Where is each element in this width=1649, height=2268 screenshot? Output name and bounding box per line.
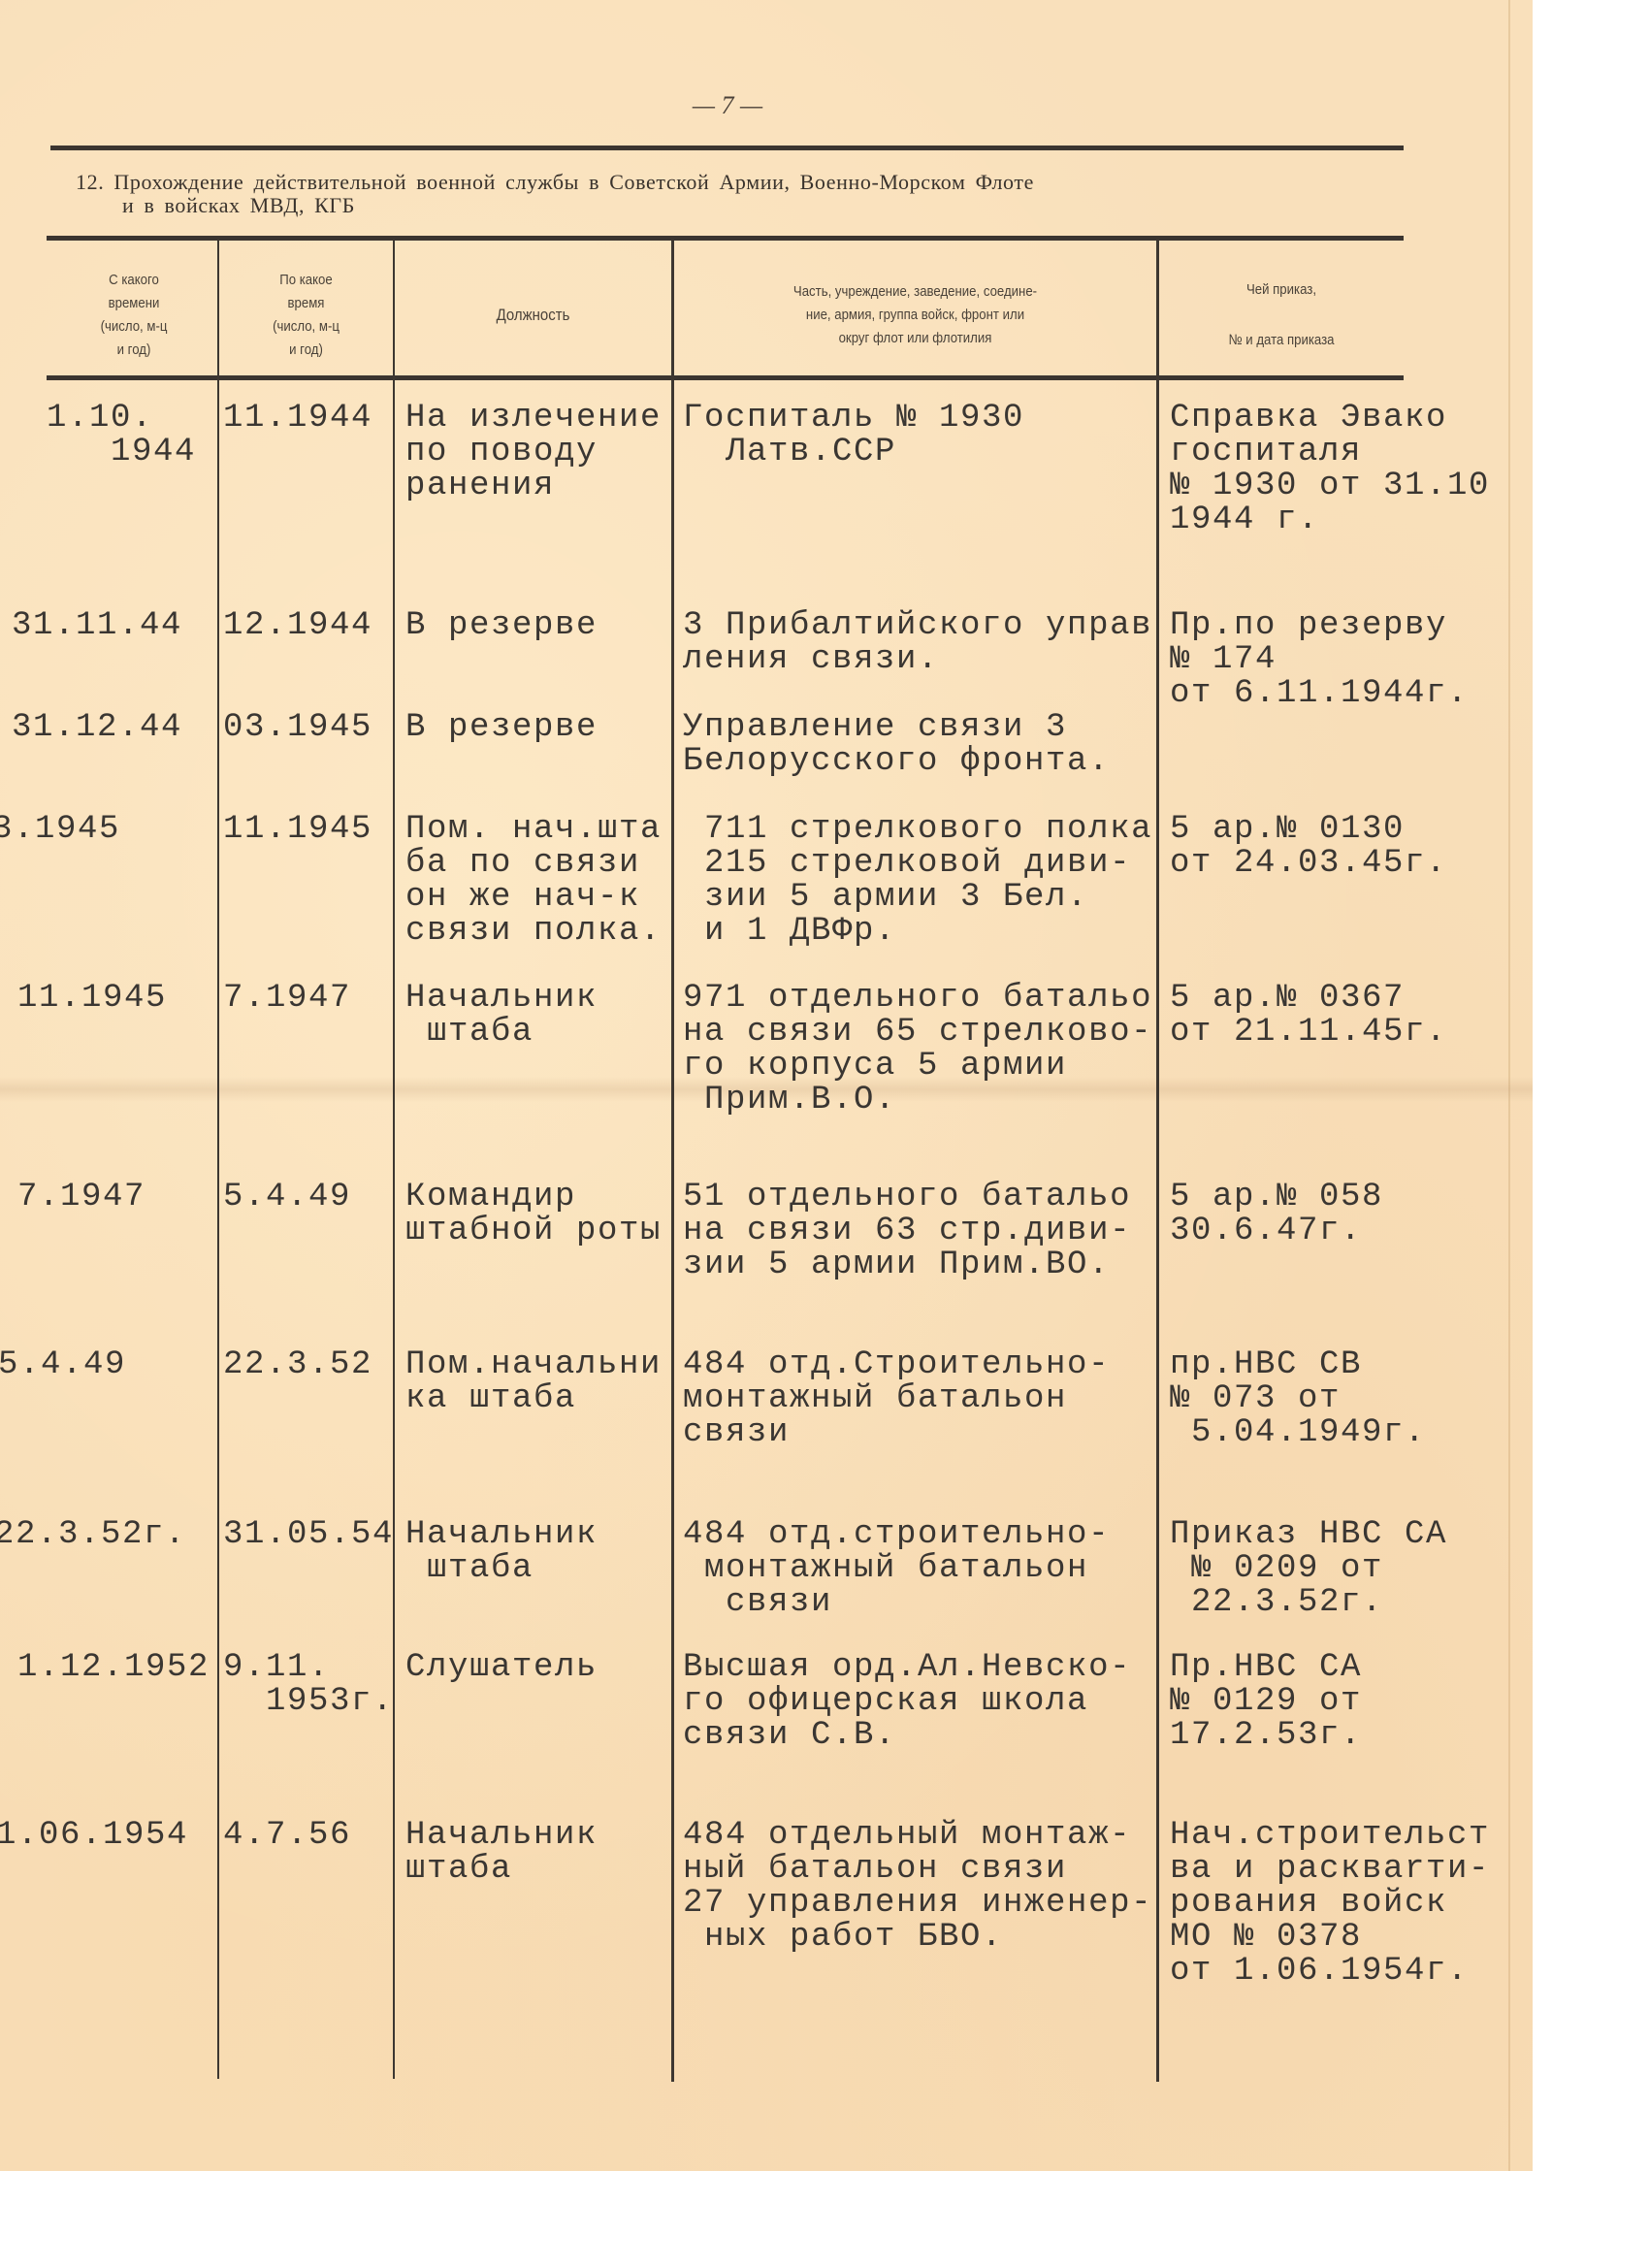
cell-line: № 1930 от 31.10: [1170, 470, 1490, 503]
cell-order: Пр.НВС СА№ 0129 от17.2.53г.: [1170, 1651, 1362, 1753]
cell-line: Латв.ССР: [683, 436, 1024, 470]
cell-line: ранения: [405, 470, 662, 503]
cell-to: 9.11. 1953г.: [223, 1651, 394, 1719]
header-text: По какое: [273, 269, 339, 292]
cell-line: 5.4.49: [223, 1181, 351, 1215]
cell-position: Пом.начальника штаба: [405, 1348, 662, 1416]
cell-position: Слушатель: [405, 1651, 598, 1685]
cell-line: 11.1944: [223, 402, 372, 436]
cell-line: 1944 г.: [1170, 503, 1490, 537]
cell-line: 5.04.1949г.: [1170, 1416, 1426, 1450]
cell-unit: 711 стрелкового полка 215 стрелковой див…: [683, 813, 1152, 949]
cell-line: Пом.начальни: [405, 1348, 662, 1382]
cell-line: 1953г.: [223, 1685, 394, 1719]
header-text: и год): [101, 339, 168, 362]
cell-to: 4.7.56: [223, 1819, 351, 1853]
cell-line: на связи 63 стр.диви-: [683, 1215, 1131, 1248]
cell-line: 17.2.53г.: [1170, 1719, 1362, 1753]
cell-line: ления связи.: [683, 643, 1152, 677]
document-page: — 7 — 12. Прохождение действительной вое…: [0, 0, 1533, 2171]
cell-line: 484 отд.Строительно-: [683, 1348, 1110, 1382]
cell-line: от 1.06.1954г.: [1170, 1955, 1490, 1989]
cell-unit: 51 отдельного батальона связи 63 стр.див…: [683, 1181, 1131, 1282]
header-text: № и дата приказа: [1228, 328, 1334, 353]
top-rule: [50, 146, 1404, 150]
cell-line: № 073 от: [1170, 1382, 1426, 1416]
cell-line: 51 отдельного батальо: [683, 1181, 1131, 1215]
cell-line: от 21.11.45г.: [1170, 1016, 1447, 1050]
cell-line: Начальник: [405, 982, 598, 1016]
cell-line: 1.12.1952: [17, 1651, 210, 1685]
cell-line: 31.11.44: [12, 609, 182, 643]
cell-from: 1.10. 1944: [47, 402, 196, 470]
cell-line: Пом. нач.шта: [405, 813, 662, 847]
cell-order: 5 ар.№ 0367от 21.11.45г.: [1170, 982, 1447, 1050]
cell-line: связи: [683, 1586, 1110, 1620]
cell-line: рования войск: [1170, 1887, 1490, 1921]
cell-line: 711 стрелкового полка: [683, 813, 1152, 847]
cell-line: 9.11.: [223, 1651, 394, 1685]
cell-from: 7.1947: [17, 1181, 145, 1215]
cell-position: В резерве: [405, 711, 598, 745]
cell-line: На излечение: [405, 402, 662, 436]
cell-line: от 24.03.45г.: [1170, 847, 1447, 881]
cell-from: 31.12.44: [12, 711, 182, 745]
cell-from: 31.11.44: [12, 609, 182, 643]
cell-line: МО № 0378: [1170, 1921, 1490, 1955]
cell-line: Командир: [405, 1181, 662, 1215]
cell-unit: 484 отд.Строительно-монтажный батальонсв…: [683, 1348, 1110, 1450]
cell-line: 3 Прибалтийского управ: [683, 609, 1152, 643]
cell-line: 22.3.52: [223, 1348, 372, 1382]
cell-to: 12.1944: [223, 609, 372, 643]
cell-line: зии 5 армии 3 Бел.: [683, 881, 1152, 915]
cell-line: связи полка.: [405, 915, 662, 949]
cell-line: В резерве: [405, 711, 598, 745]
cell-line: Слушатель: [405, 1651, 598, 1685]
cell-line: и 1 ДВФр.: [683, 915, 1152, 949]
cell-unit: 3 Прибалтийского управления связи.: [683, 609, 1152, 677]
header-to-date: По какое время (число, м-ц и год): [230, 254, 383, 375]
section-title: 12. Прохождение действительной военной с…: [76, 171, 1414, 217]
cell-line: связи: [683, 1416, 1110, 1450]
cell-order: Нач.строительства и расквarти-рования во…: [1170, 1819, 1490, 1989]
cell-order: 5 ар.№ 05830.6.47г.: [1170, 1181, 1383, 1248]
cell-line: 12.1944: [223, 609, 372, 643]
cell-line: штаба: [405, 1016, 598, 1050]
cell-from: 5.4.49: [0, 1348, 126, 1382]
cell-line: Справка Эвако: [1170, 402, 1490, 436]
column-divider-4: [1156, 241, 1159, 2082]
cell-line: зии 5 армии Прим.ВО.: [683, 1248, 1131, 1282]
header-text: ние, армия, группа войск, фронт или: [793, 304, 1037, 327]
cell-line: 22.3.52г.: [1170, 1586, 1447, 1620]
cell-from: 22.3.52г.: [0, 1518, 186, 1552]
cell-line: 1.06.1954: [0, 1819, 188, 1853]
cell-line: монтажный батальон: [683, 1552, 1110, 1586]
cell-line: 484 отдельный монтаж-: [683, 1819, 1152, 1853]
cell-line: по поводу: [405, 436, 662, 470]
cell-line: Пр.НВС СА: [1170, 1651, 1362, 1685]
cell-line: монтажный батальон: [683, 1382, 1110, 1416]
cell-position: В резерве: [405, 609, 598, 643]
cell-order: Справка Эвакогоспиталя№ 1930 от 31.10194…: [1170, 402, 1490, 537]
cell-from: 11.1945: [17, 982, 167, 1016]
cell-line: штаба: [405, 1853, 598, 1887]
cell-line: ба по связи: [405, 847, 662, 881]
header-unit: Часть, учреждение, заведение, соедине- н…: [703, 254, 1127, 375]
header-order: Чей приказ, № и дата приказа: [1174, 254, 1389, 375]
cell-line: № 0129 от: [1170, 1685, 1362, 1719]
cell-line: 215 стрелковой диви-: [683, 847, 1152, 881]
cell-line: 484 отд.строительно-: [683, 1518, 1110, 1552]
cell-line: Белорусского фронта.: [683, 745, 1110, 779]
column-divider-3: [671, 241, 674, 2082]
header-text: (число, м-ц: [273, 315, 339, 339]
cell-position: Начальникштаба: [405, 1819, 598, 1887]
header-text: Чей приказ,: [1228, 277, 1334, 303]
cell-line: он же нач-к: [405, 881, 662, 915]
cell-line: 27 управления инженер-: [683, 1887, 1152, 1921]
cell-position: Начальник штаба: [405, 1518, 598, 1586]
cell-order: Пр.по резерву№ 174от 6.11.1944г.: [1170, 609, 1469, 711]
cell-line: ный батальон связи: [683, 1853, 1152, 1887]
header-text: Часть, учреждение, заведение, соедине-: [793, 280, 1037, 304]
cell-from: 3.1945: [0, 813, 120, 847]
cell-line: 1.10.: [47, 402, 196, 436]
cell-line: го корпуса 5 армии: [683, 1050, 1152, 1084]
cell-to: 11.1945: [223, 813, 372, 847]
cell-to: 11.1944: [223, 402, 372, 436]
cell-line: пр.НВС СВ: [1170, 1348, 1426, 1382]
cell-to: 22.3.52: [223, 1348, 372, 1382]
cell-line: Госпиталь № 1930: [683, 402, 1024, 436]
section-title-line1: 12. Прохождение действительной военной с…: [76, 170, 1034, 194]
column-divider-2: [393, 241, 395, 2079]
cell-line: от 6.11.1944г.: [1170, 677, 1469, 711]
cell-line: 3.1945: [0, 813, 120, 847]
cell-line: Начальник: [405, 1518, 598, 1552]
header-bottom-rule: [47, 375, 1404, 380]
cell-line: 971 отдельного батальо: [683, 982, 1152, 1016]
section-title-line2: и в войсках МВД, КГБ: [76, 194, 1414, 217]
header-top-rule: [47, 236, 1404, 241]
cell-to: 7.1947: [223, 982, 351, 1016]
cell-line: 31.12.44: [12, 711, 182, 745]
cell-position: Начальник штаба: [405, 982, 598, 1050]
cell-line: штаба: [405, 1552, 598, 1586]
cell-unit: 971 отдельного батальона связи 65 стрелк…: [683, 982, 1152, 1118]
cell-order: Приказ НВС СА № 0209 от 22.3.52г.: [1170, 1518, 1447, 1620]
cell-to: 5.4.49: [223, 1181, 351, 1215]
cell-line: 7.1947: [223, 982, 351, 1016]
cell-line: 5 ар.№ 0367: [1170, 982, 1447, 1016]
header-text: Должность: [497, 304, 570, 327]
cell-unit: 484 отдельный монтаж-ный батальон связи2…: [683, 1819, 1152, 1955]
column-divider-1: [217, 241, 219, 2079]
cell-line: 5 ар.№ 058: [1170, 1181, 1383, 1215]
cell-line: Прим.В.О.: [683, 1084, 1152, 1118]
cell-line: связи С.В.: [683, 1719, 1131, 1753]
cell-line: ных работ БВО.: [683, 1921, 1152, 1955]
header-from-date: С какого времени (число, м-ц и год): [60, 254, 207, 375]
cell-line: Высшая орд.Ал.Невско-: [683, 1651, 1131, 1685]
cell-unit: Высшая орд.Ал.Невско-го офицерская школа…: [683, 1651, 1131, 1753]
cell-line: 1944: [47, 436, 196, 470]
cell-line: 11.1945: [17, 982, 167, 1016]
cell-to: 31.05.54: [223, 1518, 394, 1552]
cell-line: Приказ НВС СА: [1170, 1518, 1447, 1552]
page-number: — 7 —: [679, 91, 776, 120]
cell-line: Начальник: [405, 1819, 598, 1853]
header-spacer: [1228, 303, 1334, 328]
cell-order: пр.НВС СВ№ 073 от 5.04.1949г.: [1170, 1348, 1426, 1450]
cell-line: № 0209 от: [1170, 1552, 1447, 1586]
header-text: С какого: [101, 269, 168, 292]
cell-unit: Управление связи 3Белорусского фронта.: [683, 711, 1110, 779]
cell-from: 1.06.1954: [0, 1819, 188, 1853]
header-text: и год): [273, 339, 339, 362]
cell-position: Пом. нач.штаба по связион же нач-ксвязи …: [405, 813, 662, 949]
cell-position: Командирштабной роты: [405, 1181, 662, 1248]
header-text: время: [273, 292, 339, 315]
cell-line: на связи 65 стрелково-: [683, 1016, 1152, 1050]
cell-line: № 174: [1170, 643, 1469, 677]
cell-from: 1.12.1952: [17, 1651, 210, 1685]
cell-line: 5 ар.№ 0130: [1170, 813, 1447, 847]
cell-line: Пр.по резерву: [1170, 609, 1469, 643]
cell-line: В резерве: [405, 609, 598, 643]
cell-line: Управление связи 3: [683, 711, 1110, 745]
cell-line: 7.1947: [17, 1181, 145, 1215]
cell-unit: Госпиталь № 1930 Латв.ССР: [683, 402, 1024, 470]
cell-line: 11.1945: [223, 813, 372, 847]
cell-line: Нач.строительст: [1170, 1819, 1490, 1853]
cell-line: 31.05.54: [223, 1518, 394, 1552]
header-position: Должность: [411, 254, 655, 375]
cell-unit: 484 отд.строительно- монтажный батальон …: [683, 1518, 1110, 1620]
cell-line: 03.1945: [223, 711, 372, 745]
cell-order: 5 ар.№ 0130от 24.03.45г.: [1170, 813, 1447, 881]
cell-line: 30.6.47г.: [1170, 1215, 1383, 1248]
cell-line: 5.4.49: [0, 1348, 126, 1382]
header-text: округ флот или флотилия: [793, 327, 1037, 350]
cell-line: штабной роты: [405, 1215, 662, 1248]
header-text: времени: [101, 292, 168, 315]
cell-line: 22.3.52г.: [0, 1518, 186, 1552]
cell-line: ка штаба: [405, 1382, 662, 1416]
cell-line: ва и расквarти-: [1170, 1853, 1490, 1887]
cell-position: На излечениепо поводуранения: [405, 402, 662, 503]
header-text: (число, м-ц: [101, 315, 168, 339]
cell-line: го офицерская школа: [683, 1685, 1131, 1719]
cell-line: госпиталя: [1170, 436, 1490, 470]
cell-to: 03.1945: [223, 711, 372, 745]
cell-line: 4.7.56: [223, 1819, 351, 1853]
